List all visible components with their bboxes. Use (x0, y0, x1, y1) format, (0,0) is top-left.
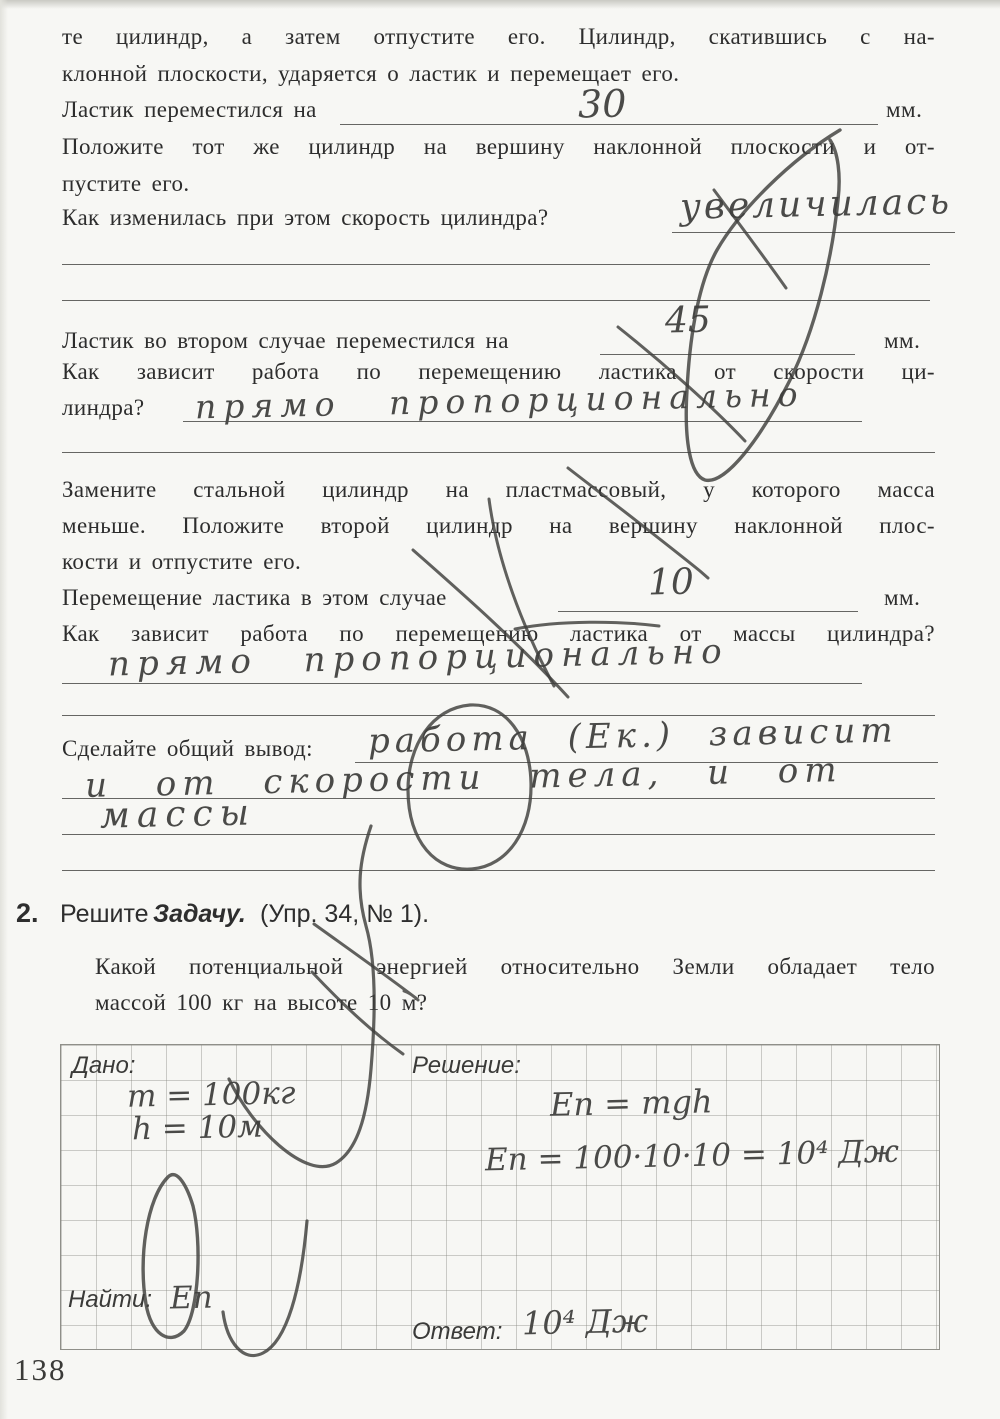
answer-blank-line (62, 834, 935, 835)
scan-edge-shadow-left (0, 0, 8, 1419)
page-number: 138 (14, 1352, 67, 1388)
question-label: Ластик переместился на (62, 97, 317, 123)
answer-blank-line (672, 232, 955, 233)
scan-edge-shadow-top (0, 0, 1000, 9)
printed-line: Положите тот же цилиндр на вершину накло… (62, 134, 935, 160)
answer-blank-line (600, 354, 855, 355)
solution-label: Решение: (412, 1052, 521, 1080)
question-label: Как изменилась при этом скорость цилиндр… (62, 205, 549, 231)
handwritten-formula: Eп = mgh (550, 1082, 713, 1123)
handwritten-answer: 30 (578, 81, 627, 126)
handwritten-answer: увеличилась (680, 181, 953, 228)
question-label: Сделайте общий вывод: (62, 736, 313, 762)
handwritten-answer: 10 (648, 562, 695, 604)
unit-label: мм. (884, 585, 920, 611)
problem-text: массой 100 кг на высоте 10 м? (95, 990, 968, 1016)
unit-label: мм. (884, 328, 920, 354)
handwritten-answer: 45 (665, 300, 712, 342)
task-title: Решите (60, 900, 149, 929)
unit-label: мм. (886, 97, 922, 123)
printed-line: кости и отпустите его. (62, 549, 935, 575)
question-label: Перемещение ластика в этом случае (62, 585, 447, 611)
task-number: 2. (16, 898, 39, 929)
handwritten-answer-value: 10⁴ Дж (522, 1302, 649, 1343)
task-reference: (Упр. 34, № 1). (260, 900, 429, 929)
answer-blank-line (558, 611, 858, 612)
printed-line: меньше. Положите второй цилиндр на верши… (62, 513, 935, 539)
answer-blank-line (62, 452, 935, 453)
question-label: Ластик во втором случае переместился на (62, 328, 509, 354)
answer-blank-line (62, 683, 862, 684)
handwritten-given: h = 10м (132, 1109, 264, 1148)
handwritten-answer: массы (100, 792, 257, 836)
question-label: линдра? (62, 395, 145, 421)
given-label: Дано: (72, 1052, 135, 1080)
scanned-workbook-page: те цилиндр, а затем отпустите его. Цилин… (0, 0, 1000, 1419)
find-label: Найти: (68, 1286, 152, 1314)
printed-line: те цилиндр, а затем отпустите его. Цилин… (62, 24, 935, 50)
answer-blank-line (62, 264, 930, 265)
handwritten-find: Eп (170, 1280, 213, 1317)
problem-text: Какой потенциальной энергией относительн… (95, 954, 935, 980)
answer-label: Ответ: (412, 1318, 502, 1346)
task-title-emphasis: Задачу. (153, 900, 246, 929)
printed-line: Замените стальной цилиндр на пластмассов… (62, 477, 935, 503)
printed-line: клонной плоскости, ударяется о ластик и … (62, 61, 935, 87)
answer-blank-line (62, 870, 935, 871)
answer-blank-line (62, 300, 930, 301)
